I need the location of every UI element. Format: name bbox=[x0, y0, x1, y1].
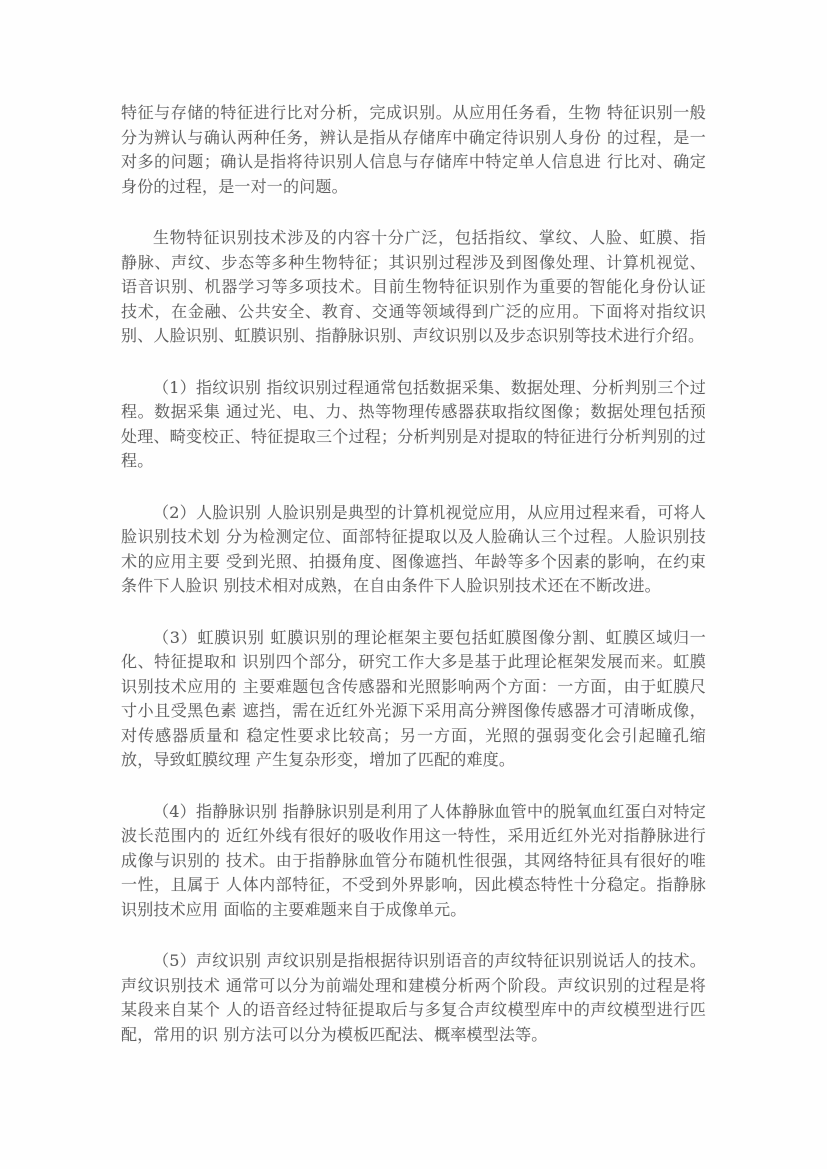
paragraph-iris-recognition: （3）虹膜识别 虹膜识别的理论框架主要包括虹膜图像分割、虹膜区域归一化、特征提取… bbox=[121, 626, 706, 773]
paragraph-face-recognition: （2）人脸识别 人脸识别是典型的计算机视觉应用，从应用过程来看，可将人脸识别技术… bbox=[121, 501, 706, 599]
document-text-block: 特征与存储的特征进行比对分析，完成识别。从应用任务看，生物 特征识别一般分为辨认… bbox=[121, 101, 706, 1047]
paragraph-fingerprint-recognition: （1）指纹识别 指纹识别过程通常包括数据采集、数据处理、分析判别三个过程。数据采… bbox=[121, 376, 706, 474]
paragraph-finger-vein-recognition: （4）指静脉识别 指静脉识别是利用了人体静脉血管中的脱氧血红蛋白对特定波长范围内… bbox=[121, 800, 706, 923]
paragraph-voiceprint-recognition: （5）声纹识别 声纹识别是指根据待识别语音的声纹特征识别说话人的技术。声纹识别技… bbox=[121, 949, 706, 1047]
paragraph-intro-continuation: 特征与存储的特征进行比对分析，完成识别。从应用任务看，生物 特征识别一般分为辨认… bbox=[121, 101, 706, 199]
scanned-document-page: 特征与存储的特征进行比对分析，完成识别。从应用任务看，生物 特征识别一般分为辨认… bbox=[0, 0, 827, 1169]
paragraph-overview: 生物特征识别技术涉及的内容十分广泛，包括指纹、掌纹、人脸、虹膜、指 静脉、声纹、… bbox=[121, 226, 706, 349]
